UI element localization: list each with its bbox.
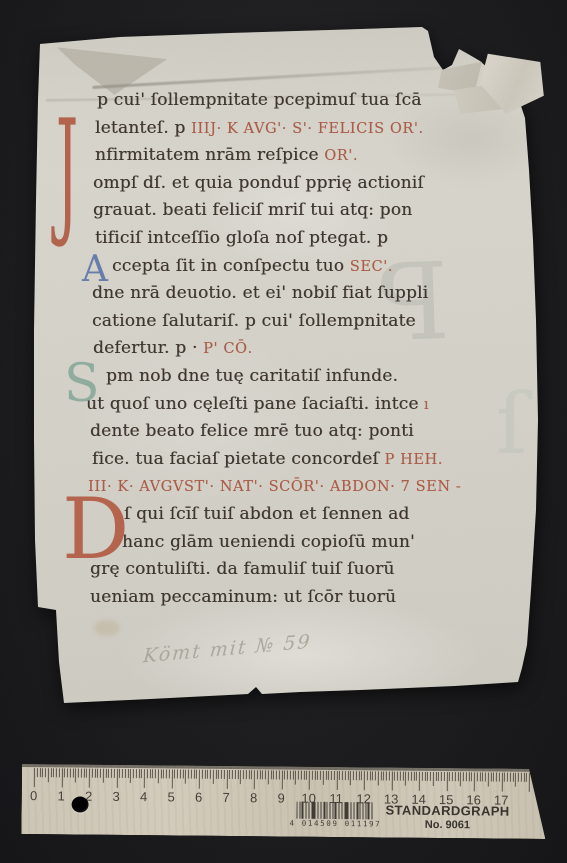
initial-s-green: S bbox=[64, 364, 100, 406]
ruler-cm-number: 5 bbox=[161, 789, 181, 804]
ruler-tick bbox=[136, 769, 137, 778]
ruler-tick bbox=[433, 772, 434, 786]
ruler-tick bbox=[39, 768, 40, 777]
ink-text: ompſ dſ. et quia ponduſ pprię actioniſ bbox=[93, 173, 424, 193]
ruler-tick bbox=[59, 768, 60, 777]
ruler-tick bbox=[306, 771, 307, 780]
manuscript-line: grauat. beati feliciſ mriſ tui atq: pon bbox=[93, 200, 412, 220]
ruler-tick bbox=[303, 771, 304, 780]
ruler-tick bbox=[61, 768, 62, 787]
ruler-tick bbox=[422, 772, 423, 781]
ruler-tick bbox=[169, 769, 170, 778]
ruler-tick bbox=[430, 772, 431, 781]
ruler-cm-number: 7 bbox=[216, 790, 236, 805]
ruler-tick bbox=[166, 769, 167, 778]
ruler-tick bbox=[339, 771, 340, 780]
showthrough-stroke: ſ bbox=[496, 382, 527, 466]
ruler-tick bbox=[309, 771, 310, 790]
ruler-tick bbox=[342, 771, 343, 780]
ruler-tick bbox=[331, 771, 332, 780]
ruler-brand-label: STANDARDGRAPH bbox=[378, 802, 518, 818]
ruler-tick bbox=[127, 769, 128, 778]
ruler-tick bbox=[449, 772, 450, 781]
ruler-tick bbox=[501, 773, 502, 792]
ruler-tick bbox=[34, 768, 35, 787]
ruler-tick bbox=[37, 768, 38, 777]
rubric-text: P' CŌ. bbox=[203, 341, 253, 357]
ruler-tick bbox=[482, 772, 483, 781]
ruler-tick bbox=[325, 771, 326, 780]
ruler-tick bbox=[457, 772, 458, 781]
manuscript-line: p cui' ſollempnitate pcepimuſ tua ſcā bbox=[97, 90, 422, 110]
ink-text: ccepta ſit in conſpectu tuo bbox=[112, 256, 350, 276]
ruler-tick bbox=[490, 772, 491, 781]
ruler-tick bbox=[177, 769, 178, 778]
ruler-tick bbox=[298, 771, 299, 780]
rubric-text: IIIJ· K AVG'· S'· FELICIS OR'. bbox=[191, 121, 424, 137]
ruler-tick bbox=[237, 770, 238, 779]
manuscript-line: pm nob dne tuę caritatiſ infunde. bbox=[106, 366, 398, 386]
ruler-tick bbox=[240, 770, 241, 784]
ruler-tick bbox=[67, 768, 68, 777]
ruler-tick bbox=[375, 771, 376, 780]
manuscript-line: ompſ dſ. et quia ponduſ pprię actioniſ bbox=[93, 173, 424, 193]
ink-text: pm nob dne tuę caritatiſ infunde. bbox=[106, 366, 398, 386]
ruler-tick bbox=[111, 769, 112, 778]
ruler-tick bbox=[262, 770, 263, 779]
ruler-tick bbox=[391, 772, 392, 791]
ruler-tick bbox=[402, 772, 403, 781]
ruler-tick bbox=[380, 771, 381, 780]
ink-text: dne nrā deuotio. et ei' nobiſ fiat ſuppl… bbox=[92, 283, 428, 303]
ruler-tick bbox=[213, 770, 214, 784]
ruler-cm-number: 3 bbox=[106, 789, 126, 804]
ruler-tick bbox=[246, 770, 247, 779]
ruler-tick bbox=[56, 768, 57, 777]
ruler-tick bbox=[83, 769, 84, 778]
ruler-tick bbox=[92, 769, 93, 778]
ruler-tick bbox=[493, 773, 494, 782]
ruler-tick bbox=[523, 773, 524, 782]
ruler-tick bbox=[100, 769, 101, 778]
ruler-tick bbox=[81, 769, 82, 778]
ruler-tick bbox=[441, 772, 442, 781]
ruler-tick bbox=[358, 771, 359, 780]
manuscript-line: dente beato felice mrē tuo atq: ponti bbox=[90, 421, 414, 441]
ruler-tick bbox=[301, 771, 302, 780]
ink-text: hanc glām ueniendi copioſū mun' bbox=[122, 532, 415, 552]
ruler-tick bbox=[471, 772, 472, 781]
ruler-tick bbox=[353, 771, 354, 780]
ruler-tick bbox=[320, 771, 321, 780]
ruler-tick bbox=[125, 769, 126, 778]
ruler-tick bbox=[235, 770, 236, 779]
ruler-tick bbox=[273, 770, 274, 779]
ruler-tick bbox=[174, 769, 175, 778]
ruler-tick bbox=[218, 770, 219, 779]
ruler-tick bbox=[72, 768, 73, 777]
ruler-tick bbox=[463, 772, 464, 781]
ruler-cm-number: 9 bbox=[271, 790, 291, 805]
ruler-tick bbox=[133, 769, 134, 778]
ruler-tick bbox=[356, 771, 357, 780]
ruler-tick bbox=[350, 771, 351, 785]
initial-i-red: J bbox=[56, 116, 78, 226]
ruler-tick bbox=[45, 768, 46, 777]
manuscript-line: defertur. p · P' CŌ. bbox=[93, 338, 253, 358]
ink-text: fice. tua faciaſ pietate concordeſ bbox=[92, 449, 385, 469]
ruler-tick bbox=[292, 771, 293, 780]
ruler-tick bbox=[78, 769, 79, 778]
ruler-tick bbox=[496, 773, 497, 782]
ruler-tick bbox=[199, 770, 200, 789]
ruler-tick bbox=[138, 769, 139, 778]
ink-text: grauat. beati feliciſ mriſ tui atq: pon bbox=[93, 200, 412, 220]
ruler-tick bbox=[314, 771, 315, 780]
ruler-tick bbox=[204, 770, 205, 779]
ruler: 01234567891011121314151617 4 014509 0111… bbox=[21, 764, 546, 839]
ruler-tick bbox=[281, 770, 282, 789]
ruler-tick bbox=[446, 772, 447, 791]
ruler-cm-number: 8 bbox=[244, 790, 264, 805]
ruler-tick bbox=[207, 770, 208, 779]
ruler-tick bbox=[114, 769, 115, 778]
ruler-tick bbox=[122, 769, 123, 778]
ruler-tick bbox=[518, 773, 519, 782]
ruler-tick bbox=[460, 772, 461, 786]
ruler-tick bbox=[361, 771, 362, 780]
ruler-tick bbox=[163, 769, 164, 778]
ruler-tick bbox=[202, 770, 203, 779]
ruler-tick bbox=[182, 770, 183, 779]
ruler-tick bbox=[504, 773, 505, 782]
ruler-tick bbox=[411, 772, 412, 781]
ruler-tick bbox=[116, 769, 117, 788]
ink-text: p cui' ſollempnitate pcepimuſ tua ſcā bbox=[97, 90, 422, 110]
ruler-cm-number: 1 bbox=[51, 788, 71, 803]
ruler-tick bbox=[323, 771, 324, 785]
ruler-tick bbox=[86, 769, 87, 778]
ruler-tick bbox=[155, 769, 156, 778]
ruler-tick bbox=[317, 771, 318, 780]
ruler-tick bbox=[254, 770, 255, 789]
ruler-tick bbox=[295, 771, 296, 785]
ruler-tick bbox=[75, 769, 76, 783]
ruler-tick bbox=[284, 771, 285, 780]
ink-text: ſ qui ſcīſ tuiſ abdon et ſennen ad bbox=[124, 504, 410, 524]
ruler-tick bbox=[94, 769, 95, 778]
ruler-tick bbox=[259, 770, 260, 779]
ruler-tick bbox=[243, 770, 244, 779]
ruler-tick bbox=[419, 772, 420, 791]
ruler-tick bbox=[312, 771, 313, 780]
ruler-tick bbox=[89, 769, 90, 788]
ruler-tick bbox=[416, 772, 417, 781]
ruler-tick bbox=[408, 772, 409, 781]
ruler-model-label: No. 9061 bbox=[377, 818, 517, 831]
ruler-tick bbox=[270, 770, 271, 779]
manuscript-line: hanc glām ueniendi copioſū mun' bbox=[122, 532, 415, 552]
ruler-tick bbox=[345, 771, 346, 780]
ruler-tick bbox=[413, 772, 414, 781]
ruler-tick bbox=[53, 768, 54, 777]
ruler-tick bbox=[427, 772, 428, 781]
ruler-tick bbox=[347, 771, 348, 780]
ruler-tick bbox=[328, 771, 329, 780]
ruler-tick bbox=[510, 773, 511, 782]
ruler-tick bbox=[215, 770, 216, 779]
parchment-page: P ſ p cui' ſollempnitate pcepimuſ tua ſc… bbox=[0, 0, 567, 863]
ruler-tick bbox=[334, 771, 335, 780]
barcode bbox=[296, 802, 372, 820]
manuscript-line: ccepta ſit in conſpectu tuo SEC'. bbox=[112, 256, 393, 276]
ruler-tick bbox=[191, 770, 192, 779]
ruler-tick bbox=[97, 769, 98, 778]
ruler-tick bbox=[147, 769, 148, 778]
bottom-stain bbox=[94, 620, 120, 636]
ruler-tick bbox=[367, 771, 368, 780]
ruler-tick bbox=[455, 772, 456, 781]
ruler-tick bbox=[171, 769, 172, 788]
ruler-tick bbox=[372, 771, 373, 780]
ruler-tick bbox=[287, 771, 288, 780]
ink-text: ut quoſ uno cęleſti pane ſaciaſti. intce bbox=[86, 394, 419, 414]
ruler-tick bbox=[265, 770, 266, 779]
ruler-tick bbox=[479, 772, 480, 781]
ruler-tick bbox=[64, 768, 65, 777]
ruler-cm-number: 4 bbox=[134, 789, 154, 804]
photograph: P ſ p cui' ſollempnitate pcepimuſ tua ſc… bbox=[0, 0, 567, 863]
ruler-tick bbox=[400, 772, 401, 781]
ruler-tick bbox=[210, 770, 211, 779]
ruler-tick bbox=[226, 770, 227, 789]
ruler-hole bbox=[72, 796, 89, 812]
manuscript-leaf: P ſ p cui' ſollempnitate pcepimuſ tua ſc… bbox=[0, 0, 567, 863]
ruler-tick bbox=[424, 772, 425, 781]
ruler-tick bbox=[383, 771, 384, 780]
ruler-tick bbox=[130, 769, 131, 783]
ruler-tick bbox=[144, 769, 145, 788]
ruler-tick bbox=[105, 769, 106, 778]
ruler-tick bbox=[224, 770, 225, 779]
ruler-tick bbox=[444, 772, 445, 781]
manuscript-line: tificiſ intceſſio gloſa noſ ptegat. p bbox=[95, 228, 388, 248]
ruler-tick bbox=[515, 773, 516, 787]
ruler-tick bbox=[42, 768, 43, 777]
manuscript-line: letanteſ. p IIIJ· K AVG'· S'· FELICIS OR… bbox=[95, 118, 424, 138]
ruler-tick bbox=[193, 770, 194, 779]
ruler-tick bbox=[185, 770, 186, 784]
ink-text: catione ſalutariſ. p cui' ſollempnitate bbox=[92, 311, 416, 331]
ruler-tick bbox=[229, 770, 230, 779]
ruler-tick bbox=[279, 770, 280, 779]
rubric-text: OR'. bbox=[324, 148, 358, 164]
ruler-tick bbox=[466, 772, 467, 781]
ruler-tick bbox=[196, 770, 197, 779]
pencil-annotation: Kömt mit № 59 bbox=[142, 631, 312, 668]
rubric-text: III· K· AVGVST'· NAT'· SCŌR'· ABDON· 7 S… bbox=[88, 479, 461, 495]
ruler-tick bbox=[103, 769, 104, 783]
ruler-tick bbox=[394, 772, 395, 781]
ruler-tick bbox=[149, 769, 150, 778]
ruler-tick bbox=[477, 772, 478, 781]
manuscript-line: catione ſalutariſ. p cui' ſollempnitate bbox=[92, 311, 416, 331]
ruler-tick bbox=[268, 770, 269, 784]
manuscript-line: grę contuliſti. da famuliſ tuiſ ſuorū bbox=[90, 559, 395, 579]
ruler-tick bbox=[160, 769, 161, 778]
ruler-tick bbox=[48, 768, 49, 782]
ruler-tick bbox=[499, 773, 500, 782]
ruler-tick bbox=[468, 772, 469, 781]
ruler-tick bbox=[257, 770, 258, 779]
ruler-tick bbox=[119, 769, 120, 778]
ruler-tick bbox=[488, 772, 489, 786]
rubric-text: SEC'. bbox=[350, 259, 393, 275]
manuscript-line: dne nrā deuotio. et ei' nobiſ fiat ſuppl… bbox=[92, 283, 428, 303]
ruler-tick bbox=[141, 769, 142, 778]
ink-text: nfirmitatem nrām reſpice bbox=[95, 145, 324, 165]
ruler-tick bbox=[290, 771, 291, 780]
ruler-tick bbox=[188, 770, 189, 779]
ruler-cm-number: 6 bbox=[189, 790, 209, 805]
ruler-tick bbox=[389, 772, 390, 781]
ruler-tick bbox=[512, 773, 513, 782]
ruler-tick bbox=[221, 770, 222, 779]
ruler-tick bbox=[521, 773, 522, 782]
ruler-tick bbox=[251, 770, 252, 779]
ruler-tick bbox=[397, 772, 398, 781]
ink-text: defertur. p · bbox=[93, 338, 203, 358]
ink-text: letanteſ. p bbox=[95, 118, 191, 138]
ruler-tick bbox=[435, 772, 436, 781]
ink-text: ueniam peccaminum: ut ſcōr tuorū bbox=[90, 587, 396, 607]
ink-text: dente beato felice mrē tuo atq: ponti bbox=[90, 421, 414, 441]
manuscript-line: ſ qui ſcīſ tuiſ abdon et ſennen ad bbox=[124, 504, 410, 524]
manuscript-line: nfirmitatem nrām reſpice OR'. bbox=[95, 145, 358, 165]
ruler-tick bbox=[369, 771, 370, 780]
ruler-tick bbox=[438, 772, 439, 781]
manuscript-line: III· K· AVGVST'· NAT'· SCŌR'· ABDON· 7 S… bbox=[88, 476, 461, 496]
ruler-tick bbox=[152, 769, 153, 778]
ruler-cm-number: 0 bbox=[24, 788, 44, 803]
ink-text: tificiſ intceſſio gloſa noſ ptegat. p bbox=[95, 228, 388, 248]
rubric-text: ı bbox=[419, 397, 429, 413]
ruler-tick bbox=[507, 773, 508, 782]
ruler-tick bbox=[232, 770, 233, 779]
initial-a-blue: A bbox=[82, 256, 108, 285]
ruler-tick bbox=[276, 770, 277, 779]
manuscript-line: ueniam peccaminum: ut ſcōr tuorū bbox=[90, 587, 396, 607]
barcode-digits: 4 014509 011197 bbox=[289, 819, 381, 829]
ink-text: grę contuliſti. da famuliſ tuiſ ſuorū bbox=[90, 559, 395, 579]
ruler-tick bbox=[526, 773, 527, 782]
ruler-tick bbox=[474, 772, 475, 791]
ruler-tick bbox=[405, 772, 406, 786]
manuscript-line: ut quoſ uno cęleſti pane ſaciaſti. intce… bbox=[86, 394, 429, 414]
initial-d-red: D bbox=[62, 496, 129, 563]
ruler-tick bbox=[108, 769, 109, 778]
ruler-tick bbox=[158, 769, 159, 783]
rubric-text: P HEH. bbox=[385, 452, 443, 468]
ruler-tick bbox=[180, 770, 181, 779]
ruler-tick bbox=[50, 768, 51, 777]
manuscript-line: fice. tua faciaſ pietate concordeſ P HEH… bbox=[92, 449, 443, 469]
ruler-tick bbox=[485, 772, 486, 781]
ruler-tick bbox=[336, 771, 337, 790]
ruler-tick bbox=[378, 771, 379, 785]
ruler-tick bbox=[70, 768, 71, 777]
ruler-tick bbox=[529, 773, 530, 792]
ruler-tick bbox=[452, 772, 453, 781]
ruler-tick bbox=[248, 770, 249, 779]
ruler-tick bbox=[386, 771, 387, 780]
ruler-tick bbox=[364, 771, 365, 790]
